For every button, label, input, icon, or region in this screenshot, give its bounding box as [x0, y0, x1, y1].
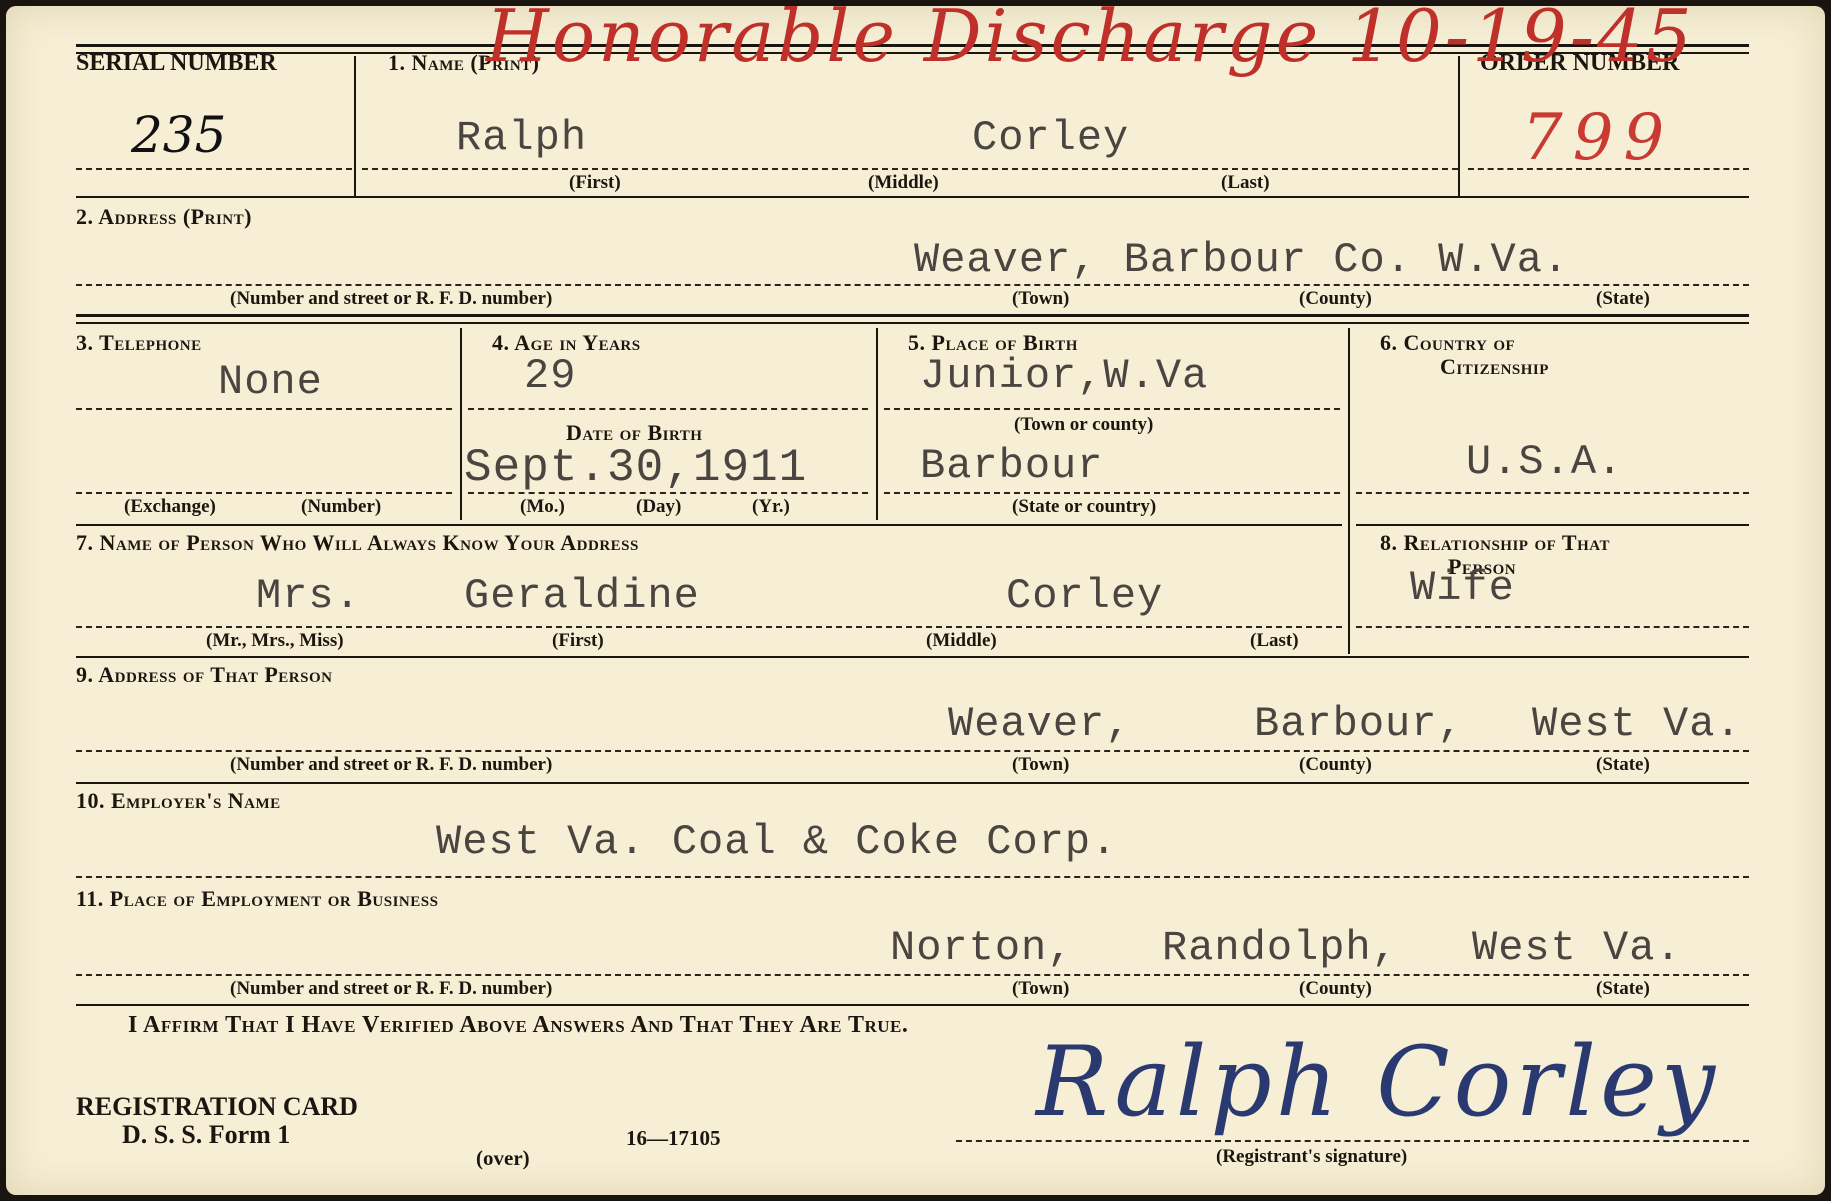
name-underline: [362, 168, 1458, 170]
relationship-value: Wife: [1410, 564, 1515, 612]
contact-last-caption: (Last): [1250, 630, 1299, 652]
discharge-annotation: Honorable Discharge 10-19-45: [486, 0, 1695, 78]
registrant-signature: Ralph Corley: [1036, 1026, 1719, 1138]
address-underline: [76, 284, 1749, 286]
age-value: 29: [524, 352, 576, 400]
address-state-caption: (State): [1596, 288, 1650, 310]
name-first: Ralph: [456, 114, 587, 162]
contact-address-town-caption: (Town): [1012, 754, 1069, 776]
contact-last: Corley: [1006, 572, 1163, 620]
signature-line: [956, 1140, 1749, 1142]
telephone-exchange-caption: (Exchange): [124, 496, 216, 518]
citizenship-underline: [1356, 492, 1749, 494]
divider: [876, 328, 878, 520]
contact-first-caption: (First): [552, 630, 604, 652]
birthplace-town: Junior,W.Va: [920, 352, 1208, 400]
dob-year-caption: (Yr.): [752, 496, 790, 518]
section-rule-2: [76, 322, 1749, 324]
telephone-underline: [76, 408, 452, 410]
employment-state: West Va.: [1472, 924, 1682, 972]
contact-address-label: 9. Address of That Person: [76, 662, 332, 688]
divider: [1348, 328, 1350, 654]
name-last: Corley: [972, 114, 1129, 162]
card-title: REGISTRATION CARD: [76, 1092, 358, 1122]
row-rule: [1356, 524, 1749, 526]
name-last-caption: (Last): [1221, 172, 1270, 194]
employment-street-caption: (Number and street or R. F. D. number): [230, 978, 552, 1000]
signature-caption: (Registrant's signature): [1216, 1146, 1407, 1168]
dob-day-caption: (Day): [636, 496, 681, 518]
section-rule: [76, 314, 1749, 317]
relationship-underline: [1356, 626, 1749, 628]
over-note: (over): [476, 1146, 530, 1171]
row-rule: [76, 782, 1749, 784]
telephone-number-caption: (Number): [301, 496, 381, 518]
employment-place-label: 11. Place of Employment or Business: [76, 886, 438, 912]
employment-town: Norton,: [890, 924, 1073, 972]
order-underline: [1468, 168, 1749, 170]
form-id: D. S. S. Form 1: [122, 1120, 290, 1150]
employer-label: 10. Employer's Name: [76, 788, 281, 814]
contact-address-county-caption: (County): [1299, 754, 1372, 776]
address-street-caption: (Number and street or R. F. D. number): [230, 288, 552, 310]
contact-first: Geraldine: [464, 572, 700, 620]
telephone-value: None: [218, 358, 323, 406]
employer-value: West Va. Coal & Coke Corp.: [436, 818, 1117, 866]
address-value: Weaver, Barbour Co. W.Va.: [914, 236, 1569, 284]
row-rule: [76, 656, 1749, 658]
birthplace-state: Barbour: [920, 442, 1103, 490]
print-code: 16—17105: [626, 1126, 721, 1151]
telephone-label: 3. Telephone: [76, 330, 202, 356]
employment-underline: [76, 974, 1749, 976]
employer-underline: [76, 876, 1749, 878]
birthplace-state-caption: (State or country): [1012, 496, 1156, 518]
employment-state-caption: (State): [1596, 978, 1650, 1000]
address-label: 2. Address (Print): [76, 204, 252, 230]
dob-underline: [468, 492, 868, 494]
divider: [460, 328, 462, 520]
affirmation-text: I Affirm That I Have Verified Above Answ…: [128, 1012, 908, 1039]
serial-number-label: SERIAL NUMBER: [76, 50, 277, 77]
telephone-underline-2: [76, 492, 452, 494]
dob-month-caption: (Mo.): [520, 496, 565, 518]
age-underline: [468, 408, 868, 410]
birthplace-underline: [884, 408, 1340, 410]
registration-card: SERIAL NUMBER 235 1. Name (Print) Ralph …: [6, 6, 1825, 1195]
name-middle-caption: (Middle): [868, 172, 939, 194]
contact-label: 7. Name of Person Who Will Always Know Y…: [76, 530, 639, 556]
name-first-caption: (First): [569, 172, 621, 194]
citizenship-label-2: Citizenship: [1440, 354, 1549, 380]
contact-address-state-caption: (State): [1596, 754, 1650, 776]
serial-underline: [76, 168, 352, 170]
contact-address-town: Weaver,: [948, 700, 1131, 748]
birthplace-underline-2: [884, 492, 1340, 494]
dob-value: Sept.30,1911: [464, 442, 807, 494]
contact-underline: [76, 626, 1342, 628]
row-rule: [76, 196, 1749, 198]
citizenship-value: U.S.A.: [1466, 438, 1623, 486]
contact-address-street-caption: (Number and street or R. F. D. number): [230, 754, 552, 776]
divider: [354, 56, 356, 196]
contact-address-underline: [76, 750, 1749, 752]
contact-title-caption: (Mr., Mrs., Miss): [206, 630, 344, 652]
relationship-label-1: 8. Relationship of That: [1380, 530, 1610, 556]
contact-title: Mrs.: [256, 572, 361, 620]
address-county-caption: (County): [1299, 288, 1372, 310]
citizenship-label-1: 6. Country of: [1380, 330, 1515, 356]
employment-town-caption: (Town): [1012, 978, 1069, 1000]
contact-address-county: Barbour,: [1254, 700, 1464, 748]
address-town-caption: (Town): [1012, 288, 1069, 310]
birthplace-town-caption: (Town or county): [1014, 414, 1153, 436]
serial-number-value: 235: [131, 106, 226, 164]
row-rule: [76, 1004, 1749, 1006]
order-number-value: 799: [1522, 101, 1674, 175]
contact-address-state: West Va.: [1532, 700, 1742, 748]
contact-middle-caption: (Middle): [926, 630, 997, 652]
employment-county: Randolph,: [1162, 924, 1398, 972]
employment-county-caption: (County): [1299, 978, 1372, 1000]
row-rule: [76, 524, 1342, 526]
